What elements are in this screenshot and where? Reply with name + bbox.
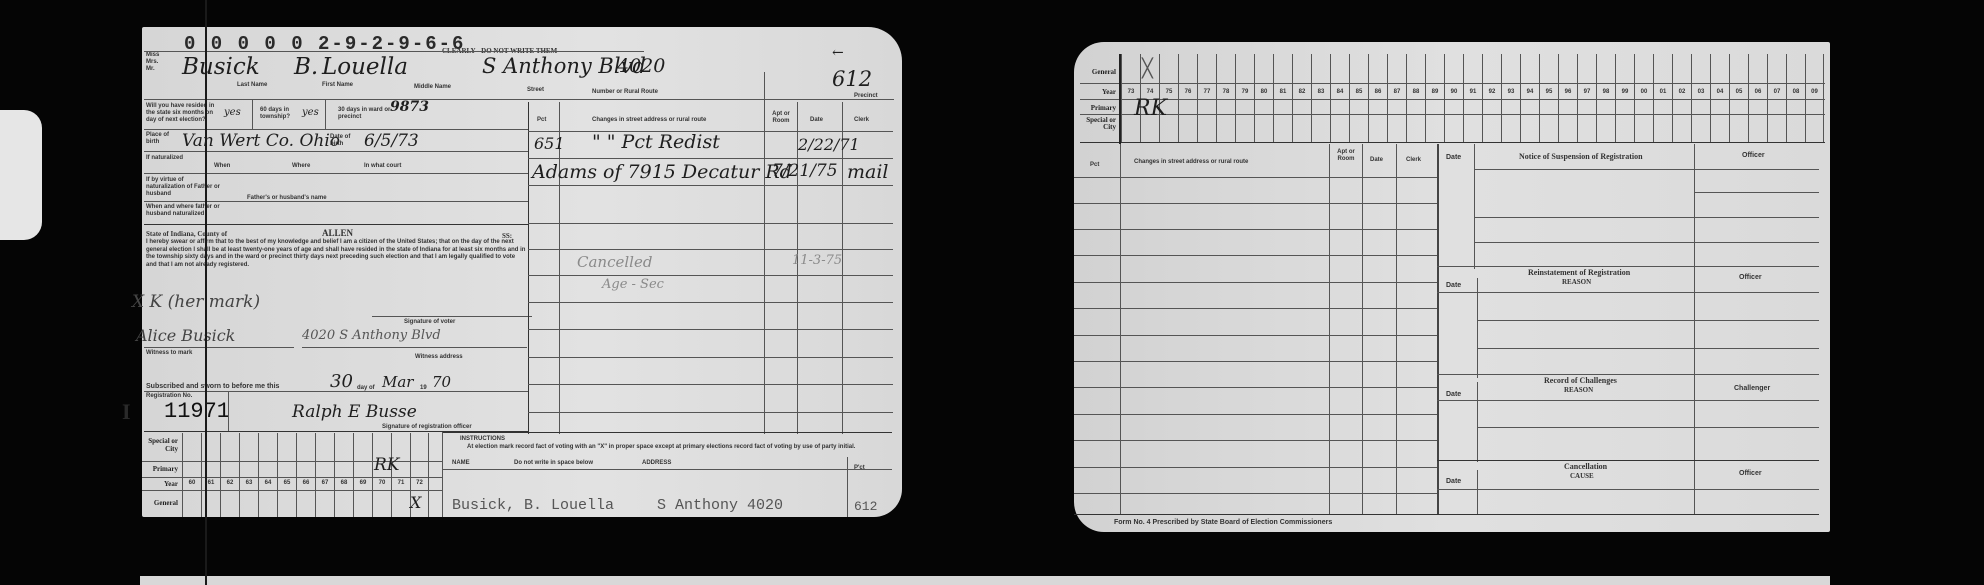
court-label: In what court [364, 163, 401, 170]
precinct-value: 612 [832, 67, 872, 91]
officer-signature: Ralph E Busse [292, 402, 417, 422]
col-clerk: Clerk [1406, 157, 1421, 164]
number-label: Number or Rural Route [592, 89, 658, 96]
do-not-write-label: Do not write in space below [514, 460, 593, 467]
cancellation-cause-label: CAUSE [1570, 472, 1594, 480]
birth-date: 6/5/73 [364, 131, 419, 151]
typed-name: Busick, B. Louella [452, 497, 614, 514]
challenges-date-label: Date [1446, 391, 1461, 398]
cancellation-date-label: Date [1446, 478, 1461, 485]
middle-name-label: Middle Name [414, 84, 451, 91]
challenges-reason-label: REASON [1564, 386, 1593, 394]
subscribed-month: Mar [382, 373, 413, 391]
birth-date-label: Date of birth [330, 134, 360, 148]
col-apt: Apt or Room [1332, 149, 1360, 163]
row-label-general: General [1080, 68, 1116, 76]
col-changes: Changes in street address or rural route [592, 117, 706, 124]
reinstatement-officer-label: Officer [1739, 274, 1762, 281]
township-label: 60 days in township? [260, 107, 300, 121]
oath-text: I hereby swear or affirm that to the bes… [146, 239, 526, 269]
township-answer: yes [302, 107, 319, 118]
virtue-label: If by virtue of naturalization of Father… [146, 177, 221, 198]
row-change: " " Pct Redist [592, 131, 720, 153]
col-pct: Pct [1090, 162, 1099, 169]
row-label-primary: Primary [1080, 104, 1116, 112]
row-label-year: Year [142, 480, 178, 488]
suspension-officer-label: Officer [1742, 152, 1765, 159]
general-mark-x: ╳ [1142, 58, 1153, 79]
naturalized-label: If naturalized [146, 155, 186, 162]
row-change: Adams of 7915 Decatur Rd [532, 161, 792, 183]
year-columns: 60 61 62 63 64 65 66 67 68 69 70 71 72 [182, 433, 429, 517]
officer-label: Signature of registration officer [382, 424, 472, 431]
row-label-general: General [142, 499, 178, 507]
voter-mark: X K (her mark) [132, 292, 260, 312]
film-scratch-line [205, 0, 207, 585]
cancellation-title: Cancellation [1564, 462, 1607, 471]
reinstatement-date-label: Date [1446, 282, 1461, 289]
last-name-label: Last Name [237, 82, 267, 89]
name-label: NAME [452, 460, 470, 467]
subscribed-year: 70 [432, 373, 451, 391]
street-label: Street [527, 87, 544, 94]
form-footer: Form No. 4 Prescribed by State Board of … [1114, 519, 1332, 526]
col-apt: Apt or Room [768, 111, 794, 125]
suspension-date-label: Date [1446, 154, 1461, 161]
challenges-title: Record of Challenges [1544, 376, 1617, 385]
row-date: 2/22/71 [798, 135, 860, 154]
film-artifact [0, 110, 42, 240]
oath-state-county: State of Indiana, County of [146, 230, 227, 238]
ward-label: 30 days in ward or precinct [338, 107, 398, 121]
middle-name: Louella [322, 54, 408, 80]
instructions-title: INSTRUCTIONS [460, 436, 505, 443]
first-name: B. [294, 54, 318, 80]
where-label: Where [292, 163, 310, 170]
reinstatement-reason-label: REASON [1562, 278, 1591, 286]
birth-place-label: Place of birth [146, 132, 176, 146]
row-label-primary: Primary [142, 465, 178, 473]
voter-signature-label: Signature of voter [404, 319, 455, 326]
ward-answer: 9873 [390, 99, 429, 115]
instructions-text: At election mark record fact of voting w… [467, 444, 887, 451]
registration-card-back: General Year Primary Special or City 73 … [1074, 42, 1830, 532]
row-date: 7/21/75 [772, 161, 838, 181]
row-change: Cancelled [577, 253, 652, 271]
subscribed-day: 30 [330, 371, 353, 392]
year-columns: 73 74 75 76 77 78 79 80 81 82 83 84 85 8… [1121, 54, 1824, 142]
row-clerk: mail [847, 161, 889, 183]
row-pct: 651 [534, 134, 565, 153]
cancellation-officer-label: Officer [1739, 470, 1762, 477]
row-date: 11-3-75 [792, 253, 842, 268]
corner-mark: ← [832, 45, 844, 61]
address-label: ADDRESS [642, 460, 671, 467]
last-name: Busick [182, 54, 260, 80]
salutation-labels: Miss Mrs. Mr. [146, 52, 159, 73]
oath-county: ALLEN [322, 228, 353, 238]
first-name-label: First Name [322, 82, 353, 89]
primary-marks: RK [374, 455, 400, 475]
col-pct: Pct [537, 117, 546, 124]
typed-address: S Anthony 4020 [657, 497, 783, 514]
col-date: Date [1370, 157, 1383, 164]
witness-address-label: Witness address [415, 354, 463, 361]
reinstatement-title: Reinstatement of Registration [1528, 268, 1630, 277]
witness-signature: Alice Busick [136, 326, 235, 345]
when-label: When [214, 163, 230, 170]
subscribed-label: Subscribed and sworn to before me this [146, 383, 279, 390]
typed-precinct: 612 [854, 499, 877, 514]
registration-number: 11971 [164, 399, 230, 424]
registration-card-front: 0 0 0 0 0 2-9-2-9-6-6 CLEARLY - DO NOT W… [142, 27, 902, 517]
residence-question: Will you have resided in the state six m… [146, 103, 218, 124]
next-card-edge [140, 576, 1830, 585]
general-marks: X [410, 493, 421, 512]
row-label-special: Special or City [1080, 117, 1116, 131]
primary-marks: RK [1134, 96, 1167, 121]
challenger-label: Challenger [1734, 385, 1770, 392]
col-changes: Changes in street address or rural route [1134, 159, 1248, 166]
voting-record-grid: General Year Primary Special or City 73 … [1080, 54, 1825, 144]
col-date: Date [810, 117, 823, 124]
voting-record-grid: Special or City Primary Year General 60 … [142, 433, 442, 517]
witness-address: 4020 S Anthony Blvd [302, 328, 441, 343]
suspension-title: Notice of Suspension of Registration [1519, 152, 1643, 161]
house-number: 4020 [617, 55, 665, 77]
row-label-special: Special or City [142, 437, 178, 453]
state-answer: yes [224, 107, 241, 118]
when-where-label: When and where father or husband natural… [146, 204, 236, 218]
witness-label: Witness to mark [146, 350, 192, 357]
col-clerk: Clerk [854, 117, 869, 124]
row-change: Age - Sec [602, 277, 664, 292]
registration-prefix: I [122, 399, 131, 425]
row-label-year: Year [1080, 88, 1116, 96]
